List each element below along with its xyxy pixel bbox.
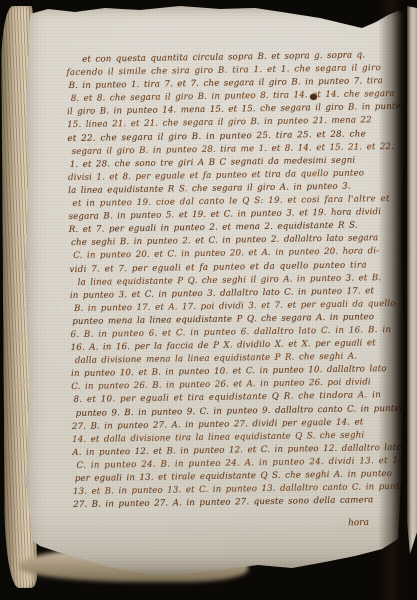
- catchword: hora: [348, 518, 369, 529]
- adjacent-page-edge: [407, 6, 417, 554]
- gutter-shadow: [378, 0, 408, 600]
- photo-background: et con questa quantita circula sopra B. …: [0, 0, 417, 600]
- manuscript-text: et con questa quantita circula sopra B. …: [66, 49, 411, 513]
- manuscript-page: et con questa quantita circula sopra B. …: [20, 4, 406, 580]
